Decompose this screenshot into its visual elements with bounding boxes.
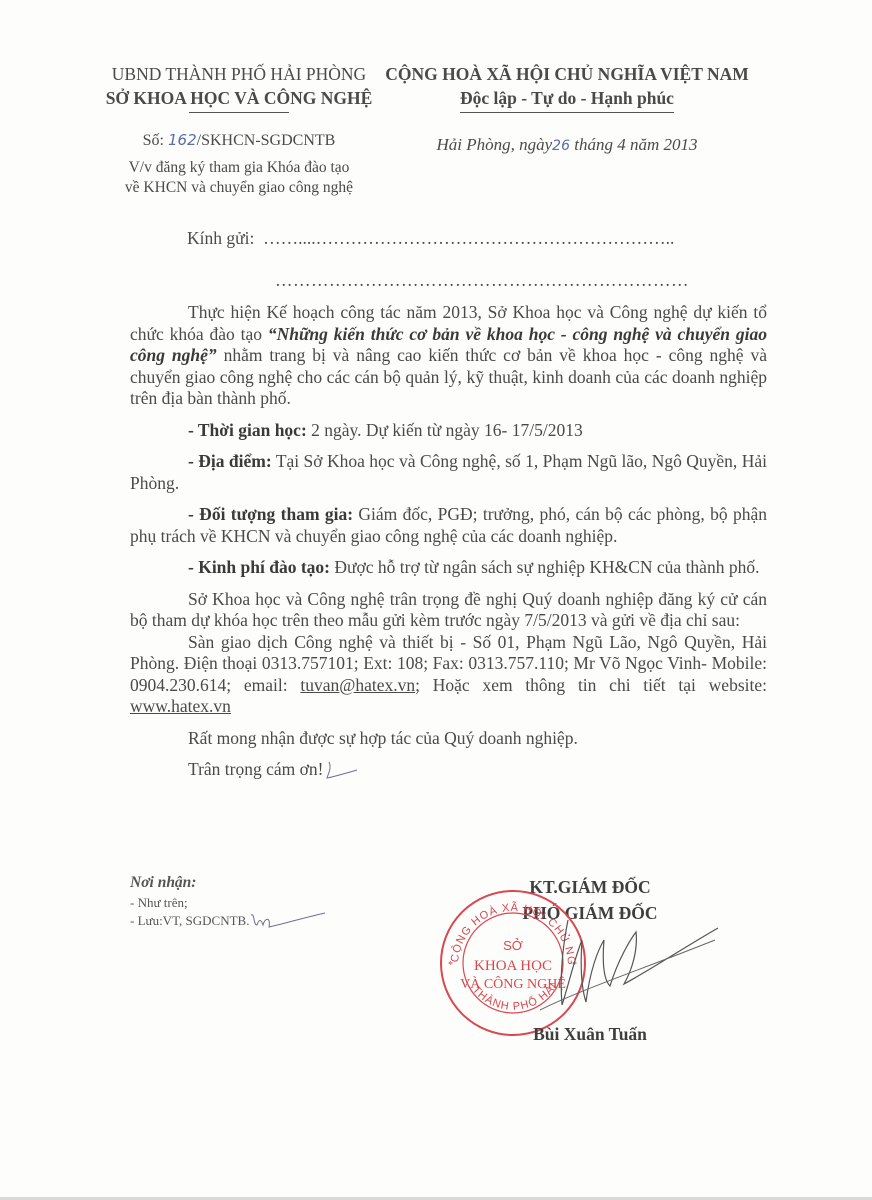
contact-paragraph: Sàn giao dịch Công nghệ và thiết bị - Số… bbox=[130, 632, 767, 718]
detail-value: 2 ngày. Dự kiến từ ngày 16- 17/5/2013 bbox=[307, 420, 583, 440]
closing-text: Trân trọng cám ơn! bbox=[188, 759, 323, 779]
authority-name: UBND THÀNH PHỐ HẢI PHÒNG bbox=[100, 62, 378, 86]
recipient-item: - Như trên; bbox=[130, 895, 188, 911]
header-underline bbox=[189, 112, 289, 113]
department-name: SỞ KHOA HỌC VÀ CÔNG NGHỆ bbox=[100, 86, 378, 110]
detail-label: - Địa điểm: bbox=[188, 451, 272, 471]
motto-underline bbox=[460, 112, 674, 113]
detail-label: - Kinh phí đào tạo: bbox=[188, 557, 330, 577]
date-suffix: tháng 4 năm 2013 bbox=[570, 135, 698, 154]
email-link[interactable]: tuvan@hatex.vn bbox=[300, 675, 415, 695]
detail-participants: - Đối tượng tham gia: Giám đốc, PGĐ; trư… bbox=[130, 504, 767, 547]
nation-title: CỘNG HOÀ XÃ HỘI CHỦ NGHĨA VIỆT NAM bbox=[372, 62, 762, 86]
doc-number-handwritten: 162 bbox=[168, 131, 197, 149]
svg-text:SỞ: SỞ bbox=[503, 938, 523, 953]
issuer-header: UBND THÀNH PHỐ HẢI PHÒNG SỞ KHOA HỌC VÀ … bbox=[100, 62, 378, 198]
intro-text-cont: nhằm trang bị và nâng cao kiến thức cơ b… bbox=[130, 345, 767, 408]
handwritten-signature-icon bbox=[540, 910, 720, 1020]
subject-line-2: về KHCN và chuyển giao công nghệ bbox=[100, 178, 378, 198]
doc-number-prefix: Số: bbox=[143, 132, 168, 149]
detail-label: - Đối tượng tham gia: bbox=[188, 504, 353, 524]
intro-paragraph: Thực hiện Kế hoạch công tác năm 2013, Sở… bbox=[130, 302, 767, 410]
subject-line-1: V/v đăng ký tham gia Khóa đào tạo bbox=[100, 158, 378, 178]
recipient-item: - Lưu:VT, SGDCNTB. bbox=[130, 911, 329, 933]
date-day-handwritten: 26 bbox=[552, 138, 570, 154]
detail-time: - Thời gian học: 2 ngày. Dự kiến từ ngày… bbox=[130, 420, 767, 442]
letter-body: Thực hiện Kế hoạch công tác năm 2013, Sở… bbox=[130, 302, 767, 792]
date-prefix: Hải Phòng, ngày bbox=[436, 135, 552, 154]
recipient-item-text: - Lưu:VT, SGDCNTB. bbox=[130, 913, 249, 928]
national-motto: Độc lập - Tự do - Hạnh phúc bbox=[372, 86, 762, 110]
document-number: Số: 162/SKHCN-SGDCNTB bbox=[100, 129, 378, 152]
website-link[interactable]: www.hatex.vn bbox=[130, 696, 231, 716]
recipient-label: Kính gửi: bbox=[187, 228, 254, 248]
contact-text-cont: ; Hoặc xem thông tin chi tiết tại websit… bbox=[415, 675, 767, 695]
document-date: Hải Phòng, ngày26 tháng 4 năm 2013 bbox=[372, 135, 762, 155]
initial-scribble-icon bbox=[249, 911, 329, 933]
svg-text:*: * bbox=[448, 960, 453, 971]
detail-value: Được hỗ trợ từ ngân sách sự nghiệp KH&CN… bbox=[330, 557, 759, 577]
detail-funding: - Kinh phí đào tạo: Được hỗ trợ từ ngân … bbox=[130, 557, 767, 579]
closing-line-2: Trân trọng cám ơn! bbox=[130, 759, 767, 782]
recipient-blank-1: ……....…………………………………………………….. bbox=[263, 228, 674, 248]
closing-line-1: Rất mong nhận được sự hợp tác của Quý do… bbox=[130, 728, 767, 750]
recipient-blank-2: …………………………………………………………… bbox=[275, 270, 689, 291]
document-page: UBND THÀNH PHỐ HẢI PHÒNG SỞ KHOA HỌC VÀ … bbox=[0, 0, 872, 1200]
detail-location: - Địa điểm: Tại Sở Khoa học và Công nghệ… bbox=[130, 451, 767, 494]
request-paragraph: Sở Khoa học và Công nghệ trân trọng đề n… bbox=[130, 589, 767, 632]
recipient-line-1: Kính gửi: ……....…………………………………………………….. bbox=[187, 228, 674, 249]
national-header: CỘNG HOÀ XÃ HỘI CHỦ NGHĨA VIỆT NAM Độc l… bbox=[372, 62, 762, 155]
signer-name: Bùi Xuân Tuấn bbox=[510, 1024, 670, 1045]
detail-label: - Thời gian học: bbox=[188, 420, 307, 440]
initial-scribble-icon bbox=[323, 760, 363, 782]
doc-number-suffix: /SKHCN-SGDCNTB bbox=[197, 132, 336, 149]
recipients-title: Nơi nhận: bbox=[130, 874, 196, 892]
